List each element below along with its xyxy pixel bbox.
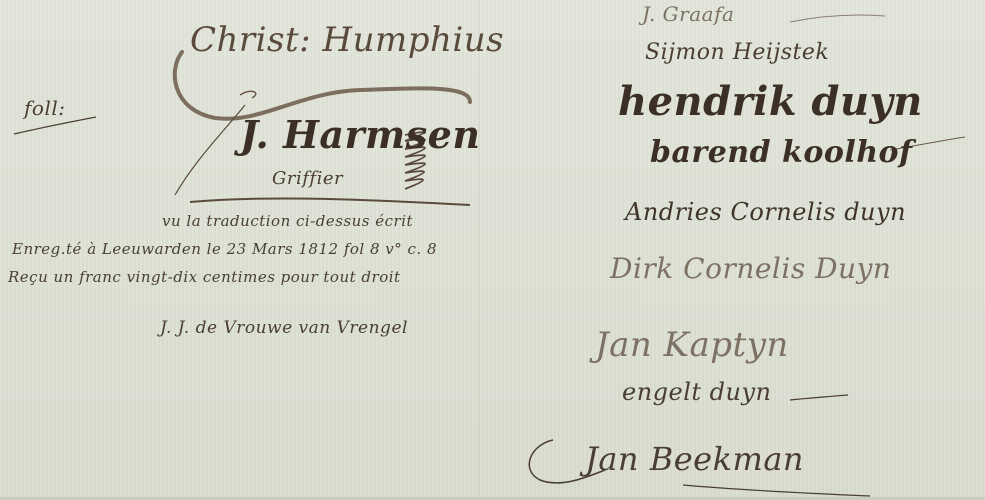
signature-hendrik-duyn: hendrik duyn (618, 78, 923, 125)
signature-jan-beekman: Jan Beekman (585, 440, 804, 478)
signature-andries-duyn: Andries Cornelis duyn (625, 198, 906, 226)
document-page: foll: Christ: Humphius J. Harmsen Griffi… (0, 0, 985, 500)
margin-note: foll: (24, 96, 65, 120)
signature-harmsen: J. Harmsen (240, 112, 480, 157)
paper-fold (478, 0, 480, 500)
signature-heijstek: Sijmon Heijstek (645, 40, 829, 65)
signature-jan-kaptyn: Jan Kaptyn (595, 325, 789, 365)
registration-line-3: Reçu un franc vingt-dix centimes pour to… (8, 268, 401, 286)
signature-engelt-duyn: engelt duyn (622, 378, 772, 406)
signature-barend-koolhof: barend koolhof (650, 135, 912, 170)
registration-line-2: Enreg.té à Leeuwarden le 23 Mars 1812 fo… (12, 240, 437, 258)
signature-dirk-duyn: Dirk Cornelis Duyn (610, 252, 891, 285)
signature-humphius: Christ: Humphius (190, 20, 504, 60)
registration-signature: J. J. de Vrouwe van Vrengel (160, 318, 408, 338)
signature-title-griffier: Griffier (272, 168, 343, 189)
registration-line-1: vu la traduction ci-dessus écrit (162, 212, 413, 230)
signature-graafa: J. Graafa (642, 2, 734, 26)
